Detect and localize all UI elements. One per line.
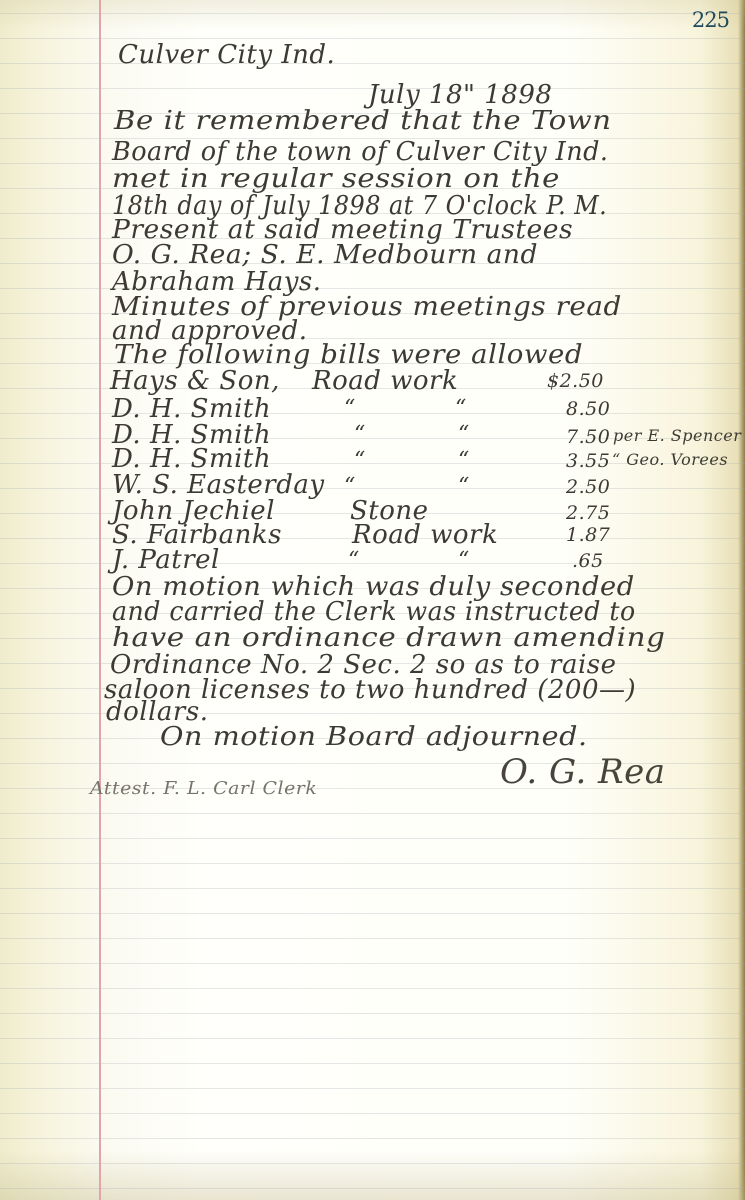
intro-line: Be it remembered that the Town (114, 106, 612, 136)
signature: O. G. Rea (500, 752, 666, 792)
intro-line: Board of the town of Culver City Ind. (112, 137, 609, 167)
bill-amount: 8.50 (566, 398, 610, 420)
bill-note: per E. Spencer (613, 426, 741, 445)
bill-amount: 2.75 (566, 502, 610, 524)
adjourn-line: On motion Board adjourned. (160, 722, 588, 752)
intro-line: O. G. Rea; S. E. Medbourn and (112, 240, 538, 270)
bill-amount: 1.87 (566, 524, 610, 546)
bill-ditto: “ (354, 448, 366, 473)
bill-amount: 2.50 (566, 476, 610, 498)
bill-item: Road work (312, 366, 458, 396)
bill-item: Road work (352, 520, 498, 550)
bill-payee: J. Patrel (112, 545, 220, 575)
bill-ditto: “ (344, 396, 356, 421)
bill-ditto: “ (348, 548, 360, 573)
bill-ditto: “ (455, 396, 467, 421)
margin-line (99, 0, 101, 1200)
bill-amount: 3.55 (566, 450, 610, 472)
bill-payee: Hays & Son, (110, 366, 280, 396)
page-number: 225 (692, 8, 729, 32)
bill-ditto: “ (458, 548, 470, 573)
bill-ditto: “ (458, 422, 470, 447)
bill-note: “ Geo. Vorees (612, 450, 728, 469)
bill-amount: $2.50 (547, 370, 604, 392)
bill-amount: 7.50 (566, 426, 610, 448)
ledger-page: 225 Culver City Ind. July 18" 1898 Be it… (0, 0, 745, 1200)
heading-place: Culver City Ind. (118, 40, 335, 70)
motion-line: have an ordinance drawn amending (112, 623, 666, 653)
bill-ditto: “ (458, 474, 470, 499)
intro-line: met in regular session on the (112, 164, 560, 194)
bill-ditto: “ (458, 448, 470, 473)
bill-ditto: “ (354, 422, 366, 447)
attest-line: Attest. F. L. Carl Clerk (90, 778, 317, 799)
bill-amount: .65 (572, 550, 604, 572)
